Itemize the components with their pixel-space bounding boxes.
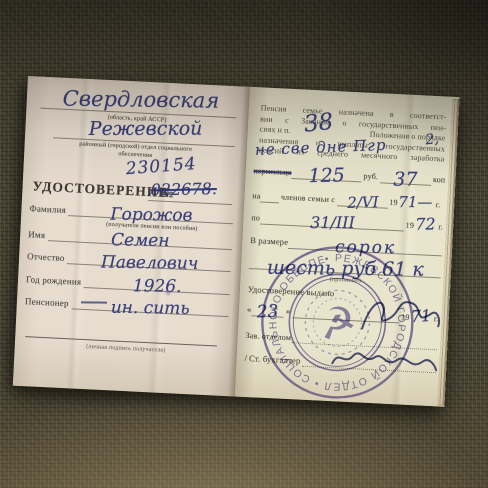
patronymic-label: Отчество — [27, 251, 68, 264]
breadwinner-label-crossed: кормильца — [253, 166, 291, 179]
hammer-and-sickle-emblem-icon: ☭ — [314, 295, 360, 350]
pension-until-year: 72 — [415, 214, 436, 233]
pensioner-strike-mark — [81, 301, 107, 303]
birth-year-label: Год рождения — [26, 274, 85, 288]
firstname-label: Имя — [28, 229, 48, 241]
field-surname: Фамилия Горожов — [29, 194, 234, 224]
pensioner-label: Пенсионер — [25, 296, 72, 309]
kopecks-value: 37 — [393, 173, 417, 187]
kopecks-label: коп — [431, 175, 446, 187]
pension-from-date: 2/VI — [347, 195, 379, 210]
year-prefix-2: 19 — [404, 221, 415, 232]
pensioner-value: ин. сить — [111, 301, 190, 316]
photo-of-pension-certificate: Свердловская (область, край АССР) Режевс… — [0, 0, 488, 488]
certificate-number-old: 022678. — [150, 179, 217, 199]
handwritten-annotation-tail: 2, — [425, 131, 440, 148]
left-page: Свердловская (область, край АССР) Режевс… — [13, 76, 250, 396]
year-prefix-1: 19 — [388, 198, 399, 209]
rubles-label: руб. — [361, 171, 380, 183]
official-round-stamp: • РЕЖЕВСКОЙ ГОРОДСКОЙ ОТДЕЛ • СОЦИАЛЬНОГ… — [242, 227, 432, 417]
g-label-1: г. — [432, 200, 440, 211]
birth-year-value: 1926. — [133, 279, 182, 294]
district-handwritten: Режевской — [66, 118, 226, 141]
right-page: Пенсия семье назначена в соответст- вии … — [235, 87, 460, 407]
members-label: членов семьи с — [279, 192, 338, 206]
surname-label: Фамилия — [29, 203, 69, 216]
footer-hint: (личная подпись получателя) — [30, 340, 221, 356]
clause-number-handwritten: 38 — [303, 109, 335, 138]
g-label-2: г. — [435, 222, 443, 233]
certificate-booklet: Свердловская (область, край АССР) Режевс… — [13, 76, 460, 407]
pension-from-year: 71— — [399, 193, 433, 211]
certificate-number-new: 230154 — [125, 154, 197, 179]
rubles-value: 125 — [308, 168, 345, 183]
pension-until-date: 31/III — [310, 216, 355, 230]
